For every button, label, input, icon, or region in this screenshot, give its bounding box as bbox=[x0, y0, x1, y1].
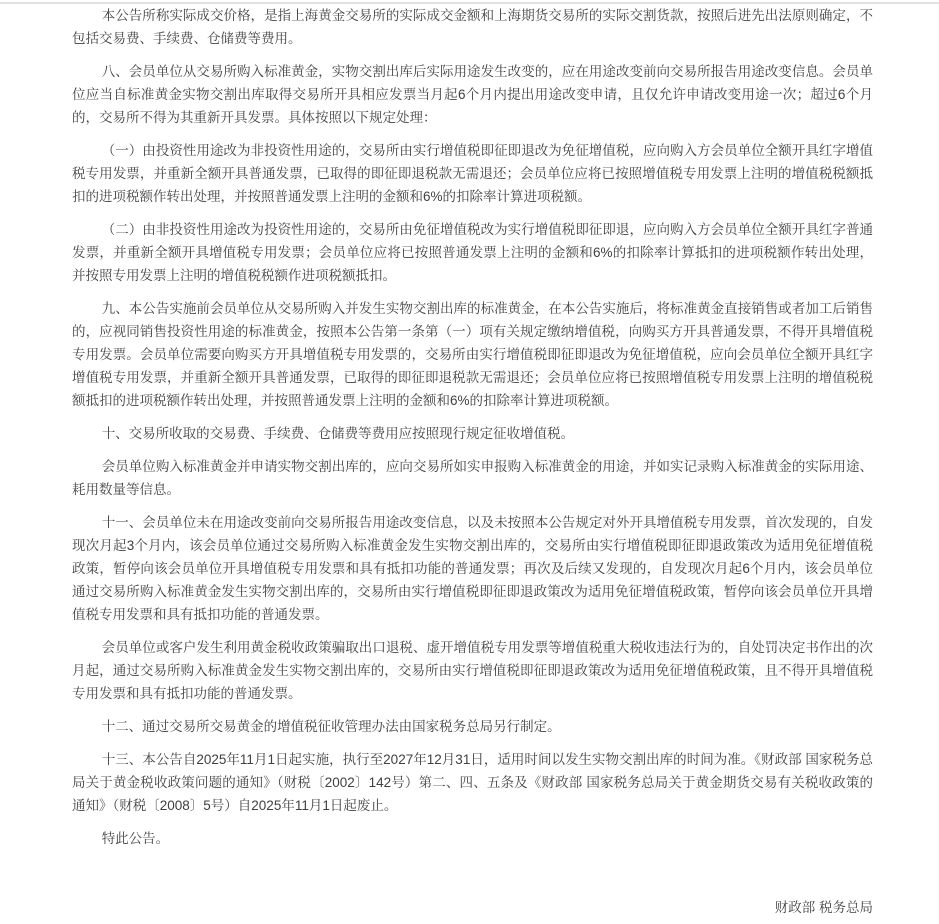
paragraph-article-12: 十二、通过交易所交易黄金的增值税征收管理办法由国家税务总局另行制定。 bbox=[72, 715, 873, 738]
paragraph-closing: 特此公告。 bbox=[72, 827, 873, 850]
announcement-body: 本公告所称实际成交价格，是指上海黄金交易所的实际成交金额和上海期货交易所的实际交… bbox=[0, 4, 939, 919]
paragraph-article-11-supplement: 会员单位或客户发生利用黄金税收政策骗取出口退税、虚开增值税专用发票等增值税重大税… bbox=[72, 636, 873, 705]
paragraph-article-8: 八、会员单位从交易所购入标准黄金，实物交割出库后实际用途发生改变的，应在用途改变… bbox=[72, 60, 873, 129]
paragraph-article-8-item-1: （一）由投资性用途改为非投资性用途的，交易所由实行增值税即征即退改为免征增值税，… bbox=[72, 139, 873, 208]
paragraph-article-8-item-2: （二）由非投资性用途改为投资性用途的，交易所由免征增值税改为实行增值税即征即退，… bbox=[72, 218, 873, 287]
paragraph-article-10-supplement: 会员单位购入标准黄金并申请实物交割出库的，应向交易所如实申报购入标准黄金的用途，… bbox=[72, 455, 873, 501]
paragraph-article-9: 九、本公告实施前会员单位从交易所购入并发生实物交割出库的标准黄金，在本公告实施后… bbox=[72, 297, 873, 412]
signature-issuers: 财政部 税务总局 bbox=[72, 896, 873, 919]
paragraph-article-11: 十一、会员单位未在用途改变前向交易所报告用途改变信息，以及未按照本公告规定对外开… bbox=[72, 511, 873, 626]
paragraph-actual-price-definition: 本公告所称实际成交价格，是指上海黄金交易所的实际成交金额和上海期货交易所的实际交… bbox=[72, 4, 873, 50]
paragraph-article-10: 十、交易所收取的交易费、手续费、仓储费等费用应按照现行规定征收增值税。 bbox=[72, 422, 873, 445]
paragraph-article-13: 十三、本公告自2025年11月1日起实施，执行至2027年12月31日，适用时间… bbox=[72, 748, 873, 817]
